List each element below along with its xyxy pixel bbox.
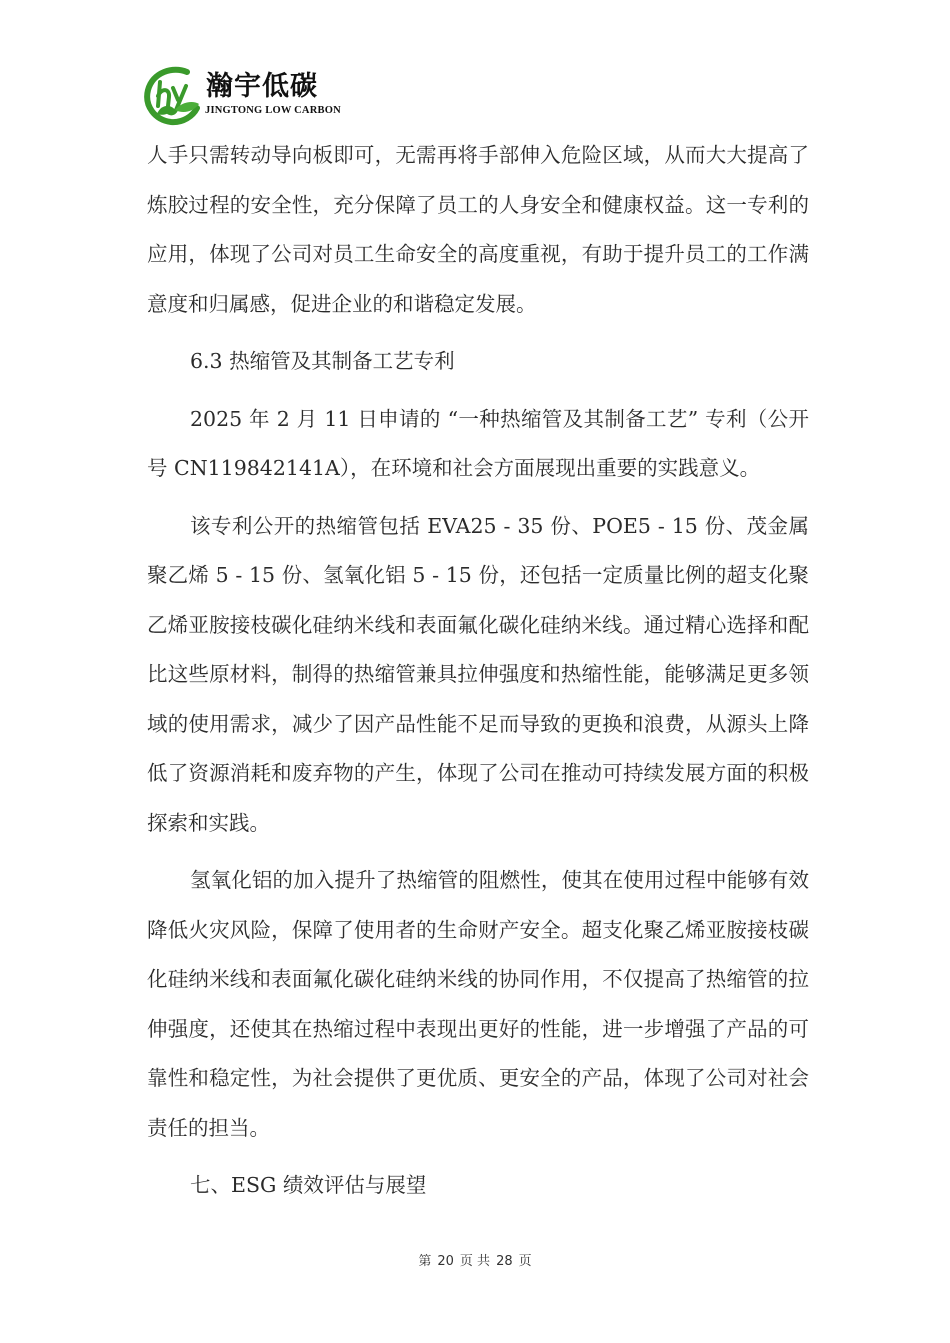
- total-page-number: 28: [496, 1254, 513, 1269]
- paragraph-patent-intro: 2025 年 2 月 11 日申请的 “一种热缩管及其制备工艺” 专利（公开号 …: [147, 395, 809, 494]
- page-footer: 第20页 共28页: [0, 1250, 950, 1269]
- brand-name-en: JINGTONG LOW CARBON: [205, 105, 341, 116]
- current-page-number: 20: [437, 1254, 454, 1269]
- section-heading-6-3: 6.3 热缩管及其制备工艺专利: [147, 337, 809, 387]
- page-number-middle: 页 共: [460, 1254, 490, 1269]
- page-number-suffix: 页: [519, 1254, 532, 1269]
- hy-leaf-logo-icon: [143, 64, 203, 126]
- section-heading-7: 七、ESG 绩效评估与展望: [147, 1161, 809, 1211]
- paragraph-patent-safety: 氢氧化铝的加入提升了热缩管的阻燃性，使其在使用过程中能够有效降低火灾风险，保障了…: [147, 856, 809, 1153]
- paragraph-patent-composition: 该专利公开的热缩管包括 EVA25 - 35 份、POE5 - 15 份、茂金属…: [147, 502, 809, 849]
- paragraph-safety-continuation: 人手只需转动导向板即可，无需再将手部伸入危险区域，从而大大提高了炼胶过程的安全性…: [147, 131, 809, 329]
- brand-name-cn: 瀚宇低碳: [206, 72, 318, 102]
- page-number-prefix: 第: [418, 1254, 431, 1269]
- company-logo: 瀚宇低碳 JINGTONG LOW CARBON: [143, 64, 333, 126]
- document-body: 人手只需转动导向板即可，无需再将手部伸入危险区域，从而大大提高了炼胶过程的安全性…: [147, 131, 809, 1211]
